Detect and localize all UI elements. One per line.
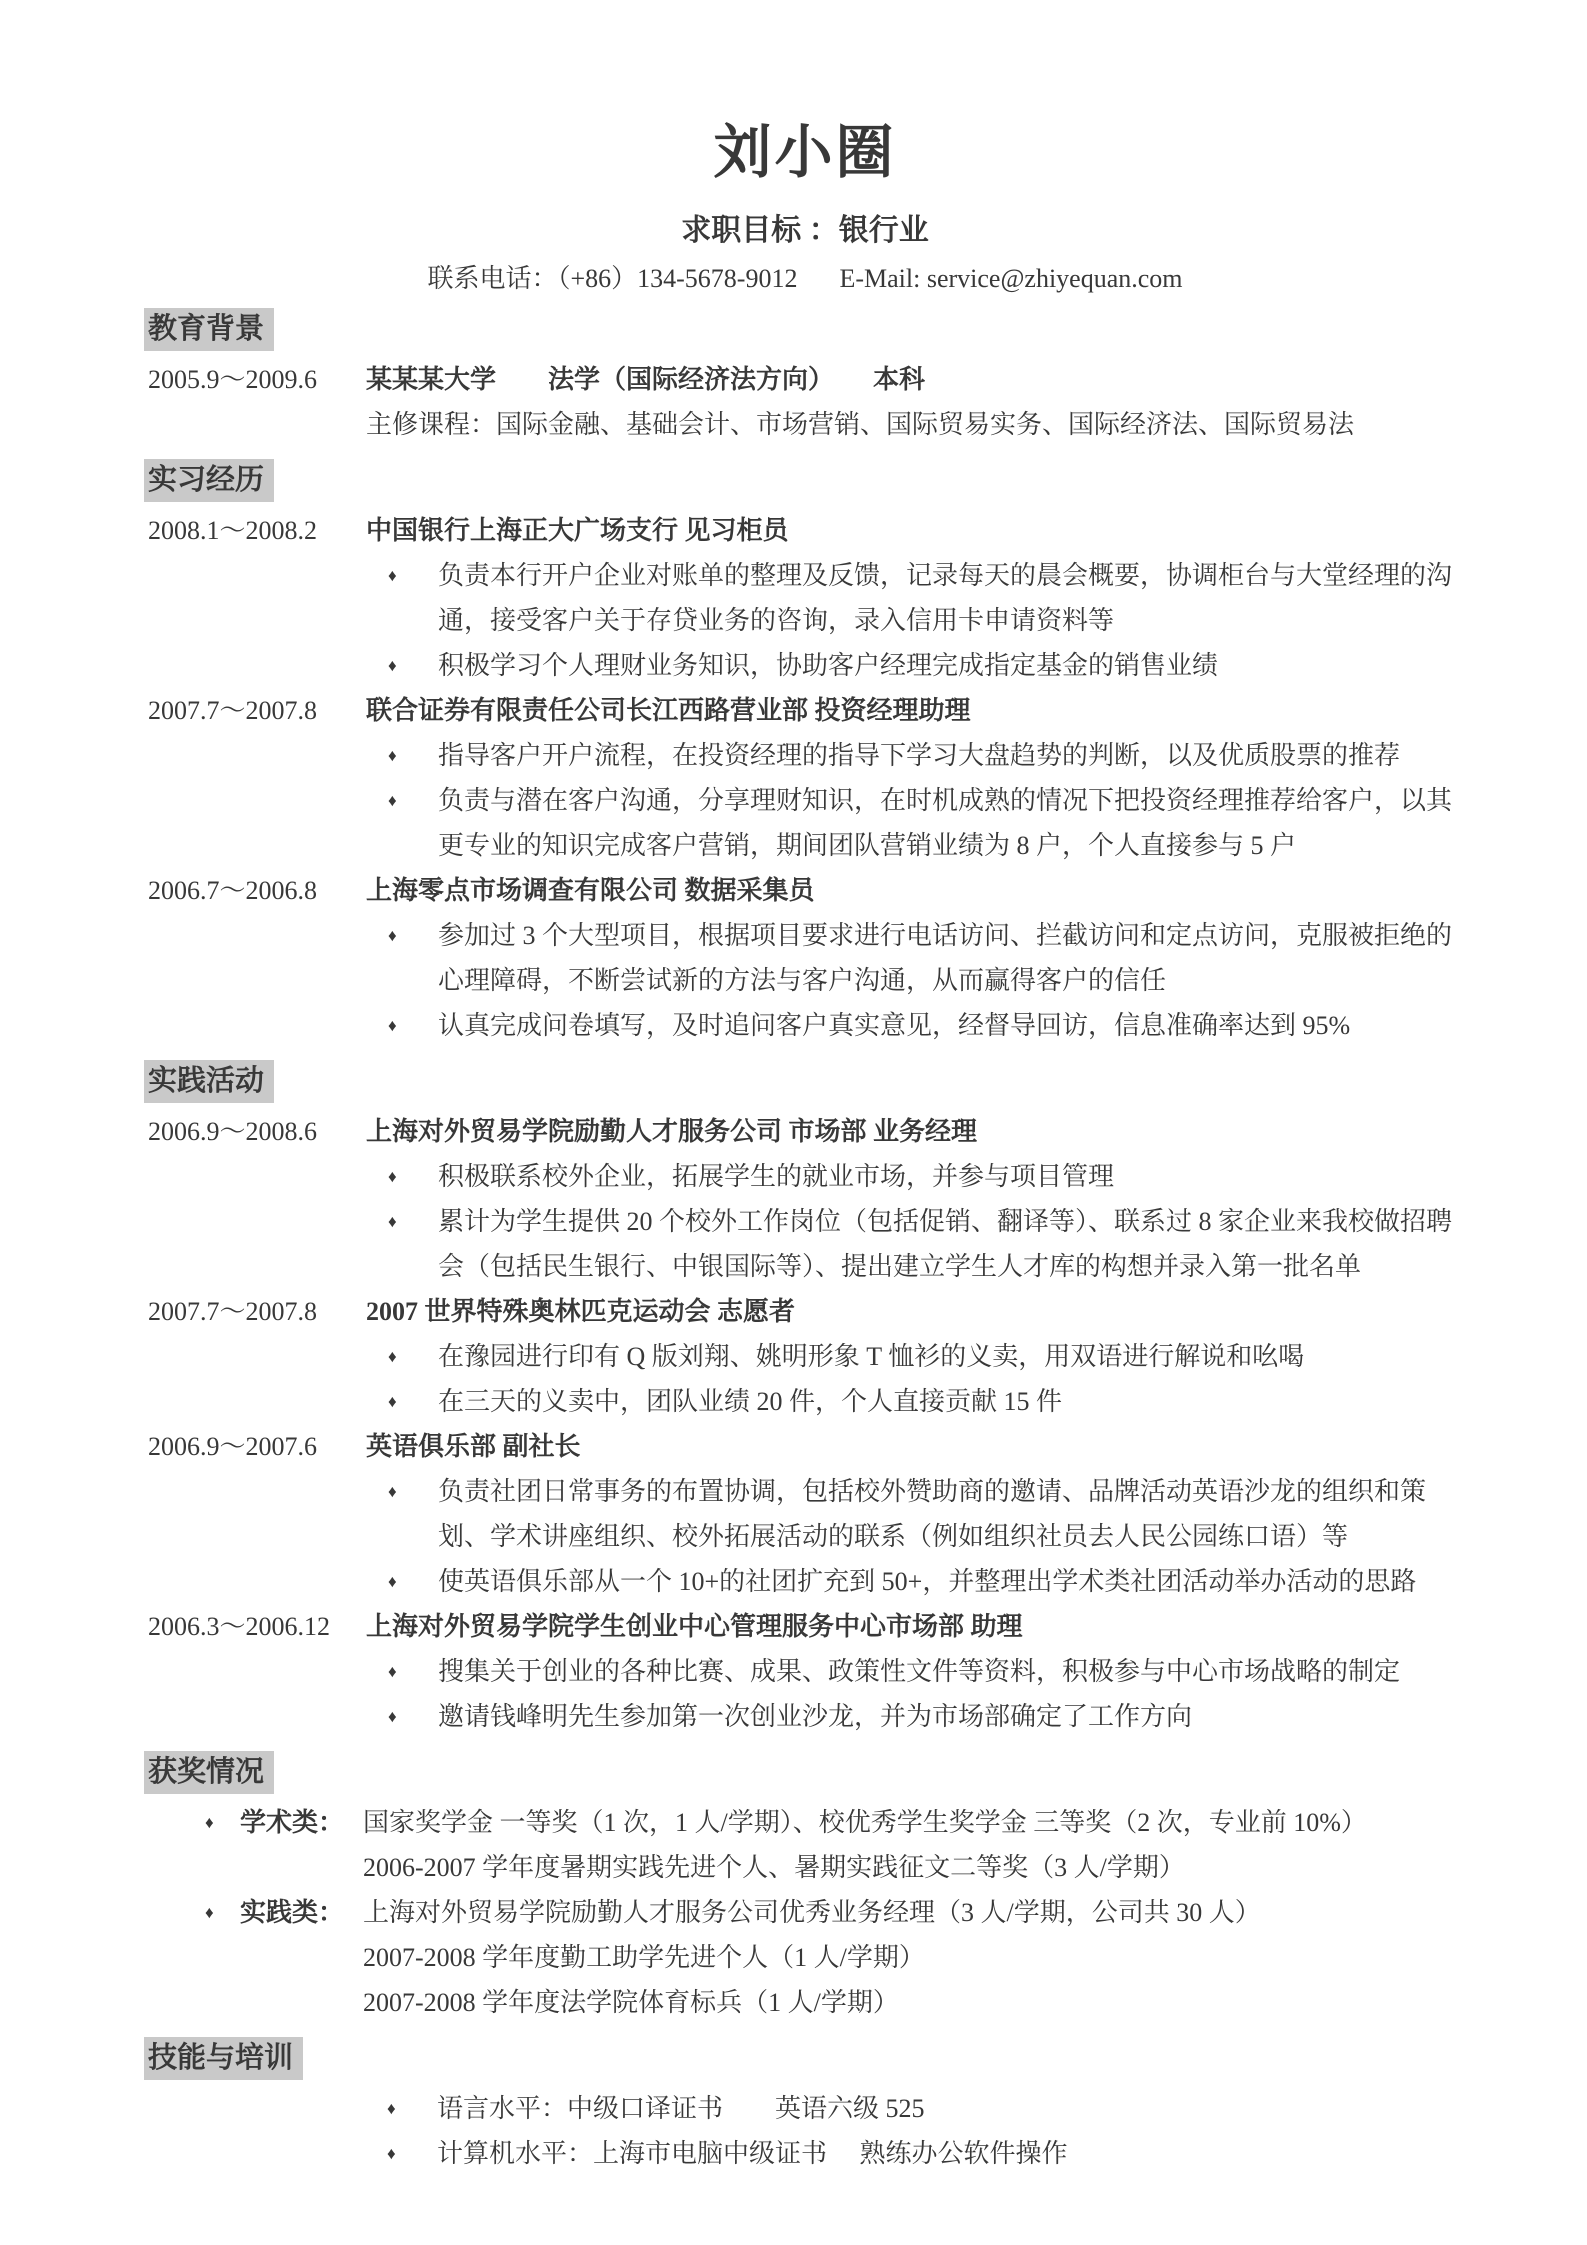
- entry-title: 2007 世界特殊奥林匹克运动会 志愿者: [366, 1289, 1462, 1334]
- resume-entry: 2007.7～2007.8 2007 世界特殊奥林匹克运动会 志愿者 ♦ 在豫园…: [148, 1289, 1462, 1424]
- bullet-text: 累计为学生提供 20 个校外工作岗位（包括促销、翻译等）、联系过 8 家企业来我…: [438, 1199, 1462, 1289]
- resume-entry: 2006.9～2008.6 上海对外贸易学院励勤人才服务公司 市场部 业务经理 …: [148, 1109, 1462, 1289]
- entry-courses: 主修课程：国际金融、基础会计、市场营销、国际贸易实务、国际经济法、国际贸易法: [366, 402, 1462, 447]
- bullet-text: 搜集关于创业的各种比赛、成果、政策性文件等资料，积极参与中心市场战略的制定: [438, 1649, 1462, 1694]
- skill-text: 计算机水平：上海市电脑中级证书 熟练办公软件操作: [437, 2131, 1462, 2176]
- bullet-text: 积极学习个人理财业务知识，协助客户经理完成指定基金的销售业绩: [438, 643, 1462, 688]
- bullet-item: ♦ 指导客户开户流程，在投资经理的指导下学习大盘趋势的判断，以及优质股票的推荐: [366, 733, 1462, 778]
- bullet-item: ♦ 使英语俱乐部从一个 10+的社团扩充到 50+，并整理出学术类社团活动举办活…: [366, 1559, 1462, 1604]
- entry-content: 某某某大学 法学（国际经济法方向） 本科 主修课程：国际金融、基础会计、市场营销…: [366, 357, 1462, 447]
- section-header-activities: 实践活动: [144, 1060, 274, 1103]
- section-header-skills: 技能与培训: [144, 2037, 303, 2080]
- job-objective: 求职目标 ：银行业: [148, 212, 1462, 250]
- section-header-education: 教育背景: [144, 308, 274, 351]
- bullet-diamond-icon: ♦: [388, 643, 438, 688]
- bullet-diamond-icon: ♦: [388, 1154, 438, 1199]
- bullet-item: ♦ 负责社团日常事务的布置协调，包括校外赞助商的邀请、品牌活动英语沙龙的组织和策…: [366, 1469, 1462, 1559]
- entry-title: 中国银行上海正大广场支行 见习柜员: [366, 508, 1462, 553]
- section-education: 教育背景 2005.9～2009.6 某某某大学 法学（国际经济法方向） 本科 …: [148, 300, 1462, 447]
- entry-title: 上海对外贸易学院励勤人才服务公司 市场部 业务经理: [366, 1109, 1462, 1154]
- section-awards: 获奖情况 ♦ 学术类： 国家奖学金 一等奖（1 次，1 人/学期）、校优秀学生奖…: [148, 1743, 1462, 2025]
- award-line: 国家奖学金 一等奖（1 次，1 人/学期）、校优秀学生奖学金 三等奖（2 次，专…: [363, 1800, 1462, 1845]
- bullet-diamond-icon: ♦: [388, 1469, 438, 1559]
- bullet-diamond-icon: ♦: [388, 733, 438, 778]
- entry-date: 2006.3～2006.12: [148, 1604, 366, 1649]
- bullet-text: 使英语俱乐部从一个 10+的社团扩充到 50+，并整理出学术类社团活动举办活动的…: [438, 1559, 1462, 1604]
- entry-content: 上海零点市场调查有限公司 数据采集员 ♦ 参加过 3 个大型项目，根据项目要求进…: [366, 868, 1462, 1048]
- entry-date: 2006.9～2007.6: [148, 1424, 366, 1469]
- resume-header: 刘小圈 求职目标 ：银行业 联系电话：（+86）134-5678-9012E-M…: [148, 118, 1462, 296]
- entry-title: 英语俱乐部 副社长: [366, 1424, 1462, 1469]
- bullet-text: 邀请钱峰明先生参加第一次创业沙龙，并为市场部确定了工作方向: [438, 1694, 1462, 1739]
- award-lines: 上海对外贸易学院励勤人才服务公司优秀业务经理（3 人/学期，公司共 30 人） …: [363, 1890, 1462, 2025]
- bullet-item: ♦ 在三天的义卖中，团队业绩 20 件，个人直接贡献 15 件: [366, 1379, 1462, 1424]
- entry-date: 2006.7～2006.8: [148, 868, 366, 913]
- resume-entry: 2008.1～2008.2 中国银行上海正大广场支行 见习柜员 ♦ 负责本行开户…: [148, 508, 1462, 688]
- bullet-diamond-icon: ♦: [388, 1379, 438, 1424]
- entry-date: 2005.9～2009.6: [148, 357, 366, 402]
- bullet-item: ♦ 在豫园进行印有 Q 版刘翔、姚明形象 T 恤衫的义卖，用双语进行解说和吆喝: [366, 1334, 1462, 1379]
- bullet-item: ♦ 搜集关于创业的各种比赛、成果、政策性文件等资料，积极参与中心市场战略的制定: [366, 1649, 1462, 1694]
- entry-content: 上海对外贸易学院学生创业中心管理服务中心市场部 助理 ♦ 搜集关于创业的各种比赛…: [366, 1604, 1462, 1739]
- bullet-diamond-icon: ♦: [388, 778, 438, 868]
- entry-title: 某某某大学 法学（国际经济法方向） 本科: [366, 357, 1462, 402]
- section-header-internship: 实习经历: [144, 459, 274, 502]
- bullet-diamond-icon: ♦: [388, 553, 438, 643]
- resume-entry: 2006.3～2006.12 上海对外贸易学院学生创业中心管理服务中心市场部 助…: [148, 1604, 1462, 1739]
- entry-date: 2007.7～2007.8: [148, 688, 366, 733]
- award-category-label: 学术类：: [240, 1800, 363, 1890]
- award-lines: 国家奖学金 一等奖（1 次，1 人/学期）、校优秀学生奖学金 三等奖（2 次，专…: [363, 1800, 1462, 1890]
- entry-content: 2007 世界特殊奥林匹克运动会 志愿者 ♦ 在豫园进行印有 Q 版刘翔、姚明形…: [366, 1289, 1462, 1424]
- bullet-text: 在三天的义卖中，团队业绩 20 件，个人直接贡献 15 件: [438, 1379, 1462, 1424]
- bullet-diamond-icon: ♦: [388, 1694, 438, 1739]
- resume-entry: 2007.7～2007.8 联合证券有限责任公司长江西路营业部 投资经理助理 ♦…: [148, 688, 1462, 868]
- bullet-text: 负责与潜在客户沟通，分享理财知识，在时机成熟的情况下把投资经理推荐给客户，以其更…: [438, 778, 1462, 868]
- skill-text: 语言水平：中级口译证书 英语六级 525: [437, 2086, 1462, 2131]
- bullet-diamond-icon: ♦: [388, 1003, 438, 1048]
- entry-date: 2007.7～2007.8: [148, 1289, 366, 1334]
- bullet-text: 负责社团日常事务的布置协调，包括校外赞助商的邀请、品牌活动英语沙龙的组织和策划、…: [438, 1469, 1462, 1559]
- section-activities: 实践活动 2006.9～2008.6 上海对外贸易学院励勤人才服务公司 市场部 …: [148, 1052, 1462, 1739]
- section-internship: 实习经历 2008.1～2008.2 中国银行上海正大广场支行 见习柜员 ♦ 负…: [148, 451, 1462, 1048]
- bullet-diamond-icon: ♦: [205, 1800, 240, 1890]
- resume-entry: 2006.9～2007.6 英语俱乐部 副社长 ♦ 负责社团日常事务的布置协调，…: [148, 1424, 1462, 1604]
- bullet-text: 认真完成问卷填写，及时追问客户真实意见，经督导回访，信息准确率达到 95%: [438, 1003, 1462, 1048]
- bullet-item: ♦ 认真完成问卷填写，及时追问客户真实意见，经督导回访，信息准确率达到 95%: [366, 1003, 1462, 1048]
- skill-item: ♦ 语言水平：中级口译证书 英语六级 525: [148, 2086, 1462, 2131]
- entry-title: 上海零点市场调查有限公司 数据采集员: [366, 868, 1462, 913]
- bullet-item: ♦ 积极联系校外企业，拓展学生的就业市场，并参与项目管理: [366, 1154, 1462, 1199]
- section-skills: 技能与培训 ♦ 语言水平：中级口译证书 英语六级 525 ♦ 计算机水平：上海市…: [148, 2029, 1462, 2176]
- bullet-diamond-icon: ♦: [388, 913, 438, 1003]
- phone-number: 联系电话：（+86）134-5678-9012: [427, 264, 797, 293]
- bullet-diamond-icon: ♦: [388, 1199, 438, 1289]
- candidate-name: 刘小圈: [148, 118, 1462, 188]
- section-header-awards: 获奖情况: [144, 1751, 274, 1794]
- bullet-text: 积极联系校外企业，拓展学生的就业市场，并参与项目管理: [438, 1154, 1462, 1199]
- entry-content: 联合证券有限责任公司长江西路营业部 投资经理助理 ♦ 指导客户开户流程，在投资经…: [366, 688, 1462, 868]
- email-address: E-Mail: service@zhiyequan.com: [839, 264, 1182, 293]
- bullet-item: ♦ 邀请钱峰明先生参加第一次创业沙龙，并为市场部确定了工作方向: [366, 1694, 1462, 1739]
- bullet-diamond-icon: ♦: [388, 1559, 438, 1604]
- entry-title: 上海对外贸易学院学生创业中心管理服务中心市场部 助理: [366, 1604, 1462, 1649]
- bullet-item: ♦ 负责本行开户企业对账单的整理及反馈，记录每天的晨会概要，协调柜台与大堂经理的…: [366, 553, 1462, 643]
- bullet-text: 参加过 3 个大型项目，根据项目要求进行电话访问、拦截访问和定点访问，克服被拒绝…: [438, 913, 1462, 1003]
- entry-content: 中国银行上海正大广场支行 见习柜员 ♦ 负责本行开户企业对账单的整理及反馈，记录…: [366, 508, 1462, 688]
- bullet-text: 负责本行开户企业对账单的整理及反馈，记录每天的晨会概要，协调柜台与大堂经理的沟通…: [438, 553, 1462, 643]
- award-line: 2006-2007 学年度暑期实践先进个人、暑期实践征文二等奖（3 人/学期）: [363, 1845, 1462, 1890]
- entry-date: 2008.1～2008.2: [148, 508, 366, 553]
- award-line: 上海对外贸易学院励勤人才服务公司优秀业务经理（3 人/学期，公司共 30 人）: [363, 1890, 1462, 1935]
- bullet-diamond-icon: ♦: [388, 1334, 438, 1379]
- award-item: ♦ 学术类： 国家奖学金 一等奖（1 次，1 人/学期）、校优秀学生奖学金 三等…: [148, 1800, 1462, 1890]
- resume-entry: 2006.7～2006.8 上海零点市场调查有限公司 数据采集员 ♦ 参加过 3…: [148, 868, 1462, 1048]
- bullet-item: ♦ 累计为学生提供 20 个校外工作岗位（包括促销、翻译等）、联系过 8 家企业…: [366, 1199, 1462, 1289]
- bullet-text: 在豫园进行印有 Q 版刘翔、姚明形象 T 恤衫的义卖，用双语进行解说和吆喝: [438, 1334, 1462, 1379]
- entry-date: 2006.9～2008.6: [148, 1109, 366, 1154]
- entry-content: 英语俱乐部 副社长 ♦ 负责社团日常事务的布置协调，包括校外赞助商的邀请、品牌活…: [366, 1424, 1462, 1604]
- bullet-diamond-icon: ♦: [205, 1890, 240, 2025]
- bullet-item: ♦ 积极学习个人理财业务知识，协助客户经理完成指定基金的销售业绩: [366, 643, 1462, 688]
- bullet-diamond-icon: ♦: [387, 2086, 437, 2131]
- bullet-item: ♦ 参加过 3 个大型项目，根据项目要求进行电话访问、拦截访问和定点访问，克服被…: [366, 913, 1462, 1003]
- award-line: 2007-2008 学年度勤工助学先进个人（1 人/学期）: [363, 1935, 1462, 1980]
- skill-item: ♦ 计算机水平：上海市电脑中级证书 熟练办公软件操作: [148, 2131, 1462, 2176]
- entry-content: 上海对外贸易学院励勤人才服务公司 市场部 业务经理 ♦ 积极联系校外企业，拓展学…: [366, 1109, 1462, 1289]
- bullet-item: ♦ 负责与潜在客户沟通，分享理财知识，在时机成熟的情况下把投资经理推荐给客户，以…: [366, 778, 1462, 868]
- award-item: ♦ 实践类： 上海对外贸易学院励勤人才服务公司优秀业务经理（3 人/学期，公司共…: [148, 1890, 1462, 2025]
- entry-title: 联合证券有限责任公司长江西路营业部 投资经理助理: [366, 688, 1462, 733]
- award-category-label: 实践类：: [240, 1890, 363, 2025]
- bullet-diamond-icon: ♦: [387, 2131, 437, 2176]
- resume-entry: 2005.9～2009.6 某某某大学 法学（国际经济法方向） 本科 主修课程：…: [148, 357, 1462, 447]
- resume-page: 刘小圈 求职目标 ：银行业 联系电话：（+86）134-5678-9012E-M…: [0, 0, 1587, 2245]
- award-line: 2007-2008 学年度法学院体育标兵（1 人/学期）: [363, 1980, 1462, 2025]
- bullet-diamond-icon: ♦: [388, 1649, 438, 1694]
- contact-line: 联系电话：（+86）134-5678-9012E-Mail: service@z…: [148, 262, 1462, 296]
- bullet-text: 指导客户开户流程，在投资经理的指导下学习大盘趋势的判断，以及优质股票的推荐: [438, 733, 1462, 778]
